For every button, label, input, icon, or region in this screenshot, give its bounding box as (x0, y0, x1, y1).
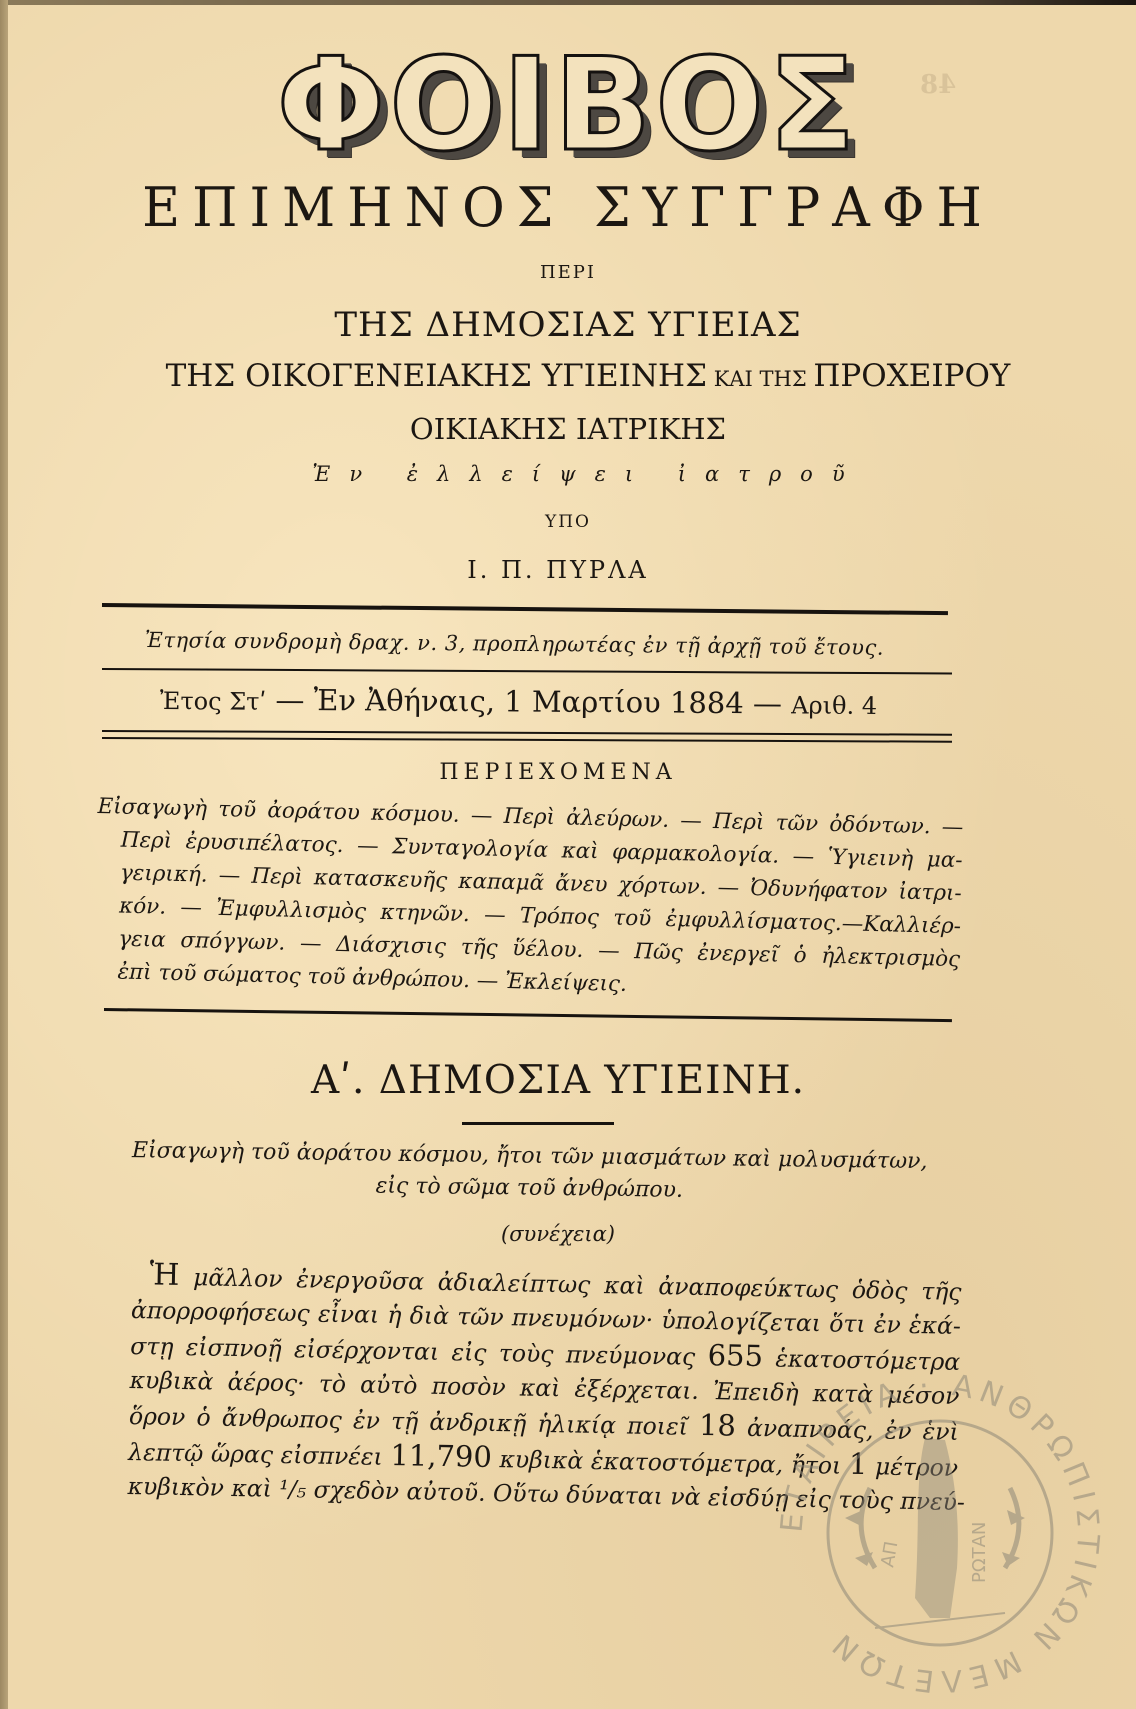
masthead-family-hygiene-part1: ΤΗΣ ΟΙΚΟΓΕΝΕΙΑΚΗΣ ΥΓΙΕΙΝΗΣ (166, 358, 707, 394)
page-binding-edge (0, 0, 8, 1709)
body-line-text: λεπτῷ ὥρας εἰσπνέει (128, 1438, 391, 1471)
article-subheading: Εἰσαγωγὴ τοῦ ἀοράτου κόσμου, ἤτοι τῶν μι… (124, 1135, 935, 1210)
body-number: 11,790 (390, 1438, 492, 1474)
issue-number: Αριθ. 4 (791, 691, 877, 720)
masthead-family-hygiene-part2: ΚΑΙ ΤΗΣ (707, 367, 813, 391)
masthead-by: ΥΠΟ (0, 512, 1136, 532)
body-line-text: κυβικὸν καὶ (127, 1472, 279, 1503)
masthead-subtitle: ΕΠΙΜΗΝΟΣ ΣΥΓΓΡΑΦΗ (0, 177, 1136, 240)
body-line-text: κυβικὰ ἑκατοστόμετρα, ἤτοι (492, 1445, 850, 1480)
double-rule-top (102, 730, 952, 736)
double-rule-bottom (102, 737, 952, 743)
contents-title: ΠΕΡΙΕΧΟΜΕΝΑ (0, 760, 1126, 785)
article-body: Ἡ μᾶλλον ἐνεργοῦσα ἀδιαλείπτως καὶ ἀναπο… (127, 1258, 962, 1519)
place-date: — Ἐν Ἀθήναις, 1 Μαρτίου 1884 — (266, 683, 791, 721)
thin-rule (102, 668, 952, 674)
thick-rule (102, 603, 948, 615)
masthead-peri: ΠΕΡΙ (0, 262, 1136, 283)
body-line-text: ἀναπνοάς, ἐν ἑνὶ (736, 1414, 959, 1446)
contents-bottom-rule (104, 1008, 952, 1022)
issue-line: Ἐτος Στʹ — Ἐν Ἀθήναις, 1 Μαρτίου 1884 — … (160, 682, 960, 722)
drop-initial: Ἡ (149, 1257, 179, 1293)
masthead-home-medicine: ΟΙΚΙΑΚΗΣ ΙΑΤΡΙΚΗΣ (0, 412, 1136, 446)
page-top-edge (0, 0, 1136, 5)
section-short-rule (462, 1122, 614, 1125)
body-fraction: ¹/₅ (279, 1475, 314, 1504)
masthead-public-health: ΤΗΣ ΔΗΜΟΣΙΑΣ ΥΓΙΕΙΑΣ (0, 305, 1136, 345)
masthead-family-hygiene: ΤΗΣ ΟΙΚΟΓΕΝΕΙΑΚΗΣ ΥΓΙΕΙΝΗΣ ΚΑΙ ΤΗΣ ΠΡΟΧΕ… (20, 358, 1136, 394)
stamp-inner-left: ΑΠ (877, 1540, 902, 1569)
section-title: Αʹ. ΔΗΜΟΣΙΑ ΥΓΙΕΙΝΗ. (0, 1058, 1126, 1103)
masthead-author: Ι. Π. ΠΥΡΛΑ (0, 556, 1126, 584)
contents-list: Εἰσαγωγὴ τοῦ ἀοράτου κόσμου. — Περὶ ἀλεύ… (93, 790, 964, 1009)
masthead-absence-of-doctor: Ἐν ἐλλείψει ἰατροῦ (20, 462, 1136, 486)
body-number: 1 (849, 1447, 868, 1481)
body-number: 18 (699, 1408, 737, 1443)
body-line-text: ἑκατοστόμετρα (763, 1344, 961, 1376)
stamp-inner-right: ΡΩΤΑΝ (969, 1522, 990, 1583)
masthead-title: ΦΟΙΒΟΣ (0, 42, 1136, 170)
year-label: Ἐτος Στʹ (160, 687, 266, 716)
masthead-family-hygiene-part3: ΠΡΟΧΕΙΡΟΥ (813, 358, 1010, 394)
body-number: 655 (707, 1338, 763, 1373)
document-page: 48 ΦΟΙΒΟΣ ΕΠΙΜΗΝΟΣ ΣΥΓΓΡΑΦΗ ΠΕΡΙ ΤΗΣ ΔΗΜ… (0, 0, 1136, 1709)
body-line-text: μέτρον (867, 1452, 958, 1482)
continued-label: (συνέχεια) (0, 1222, 1126, 1246)
subscription-note: Ἐτησία συνδρομὴ δραχ. ν. 3, προπληρωτέας… (145, 628, 945, 660)
